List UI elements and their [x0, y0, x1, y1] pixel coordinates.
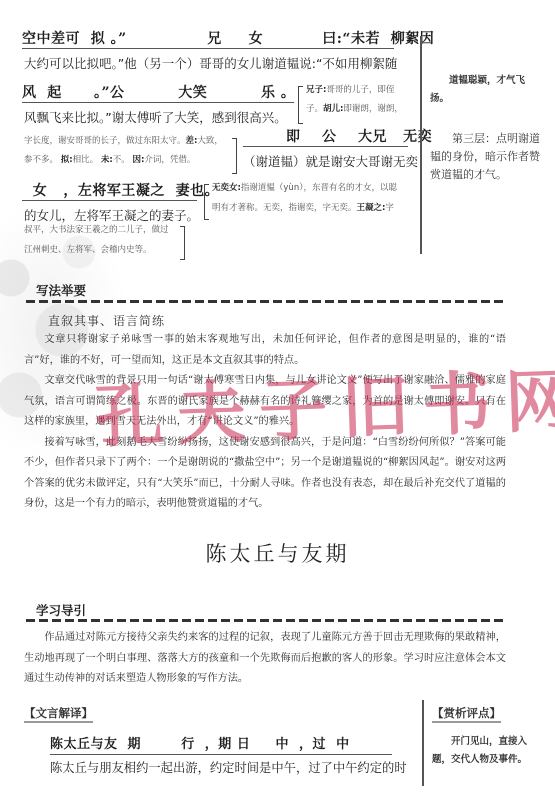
paragraph: 文章只将谢家子弟咏雪一事的始末客观地写出，未加任何评论，但作者的意图是明显的，谁… [24, 330, 506, 371]
dashed-divider [26, 619, 504, 622]
original-text-line-4: 女 ，左将军王凝之 妻也。 [22, 182, 197, 201]
note-bracket [232, 138, 237, 174]
note-text: 大致， [197, 136, 223, 146]
translation-line: 陈太丘与朋友相约一起出游，约定时间是中午，过了中午约定的时 [50, 759, 407, 777]
annotation-note: 江州刺史、左将军、会稽内史等。 [24, 242, 152, 258]
section-title-study-guide: 学习导引 [36, 601, 86, 619]
appreciation-tag: 【赏析评点】 [432, 705, 501, 723]
paragraph: 文章交代咏雪的背景只用一句话“谢太傅寒雪日内集，与儿女讲论文义”便写出了谢家融洽… [24, 371, 506, 433]
note-text: 相比。 [73, 155, 99, 165]
annotation-note: 无奕女:指谢道韫（yùn），东晋有名的才女，以聪 [212, 180, 397, 196]
writing-body: 文章只将谢家子弟咏雪一事的始末客观地写出，未加任何评论，但作者的意图是明显的，谁… [24, 330, 506, 515]
note-bracket [298, 86, 303, 124]
translation-line-3: （谢道韫）就是谢安大哥谢无奕 [243, 153, 418, 171]
note-term: 王凝之: [357, 203, 386, 213]
section-subtitle: 直叙其事、语言简练 [48, 312, 165, 329]
paragraph: 作品通过对陈元方接待父亲失约来客的过程的记叙，表现了儿童陈元方善于回击无理欺侮的… [24, 628, 506, 690]
annotation-note: 明有才著称。无奕，指谢奕，字无奕。王凝之:字 [212, 200, 394, 216]
original-text-line-1: 空中差可 拟 。” 兄 女 曰:“未若 柳絮因 [22, 30, 394, 49]
note-text: 字长度，谢安哥哥的长子，做过东阳太守。 [24, 136, 186, 146]
study-guide-body: 作品通过对陈元方接待父亲失约来客的过程的记叙，表现了儿童陈元方善于回击无理欺侮的… [24, 628, 506, 690]
chapter-title: 陈太丘与友期 [0, 538, 555, 568]
note-term: 兄子: [306, 85, 326, 95]
note-text: 指谢道韫（yùn），东晋有名的才女，以聪 [241, 183, 397, 193]
column-divider [422, 700, 424, 786]
translation-line-2: 风飘飞来比拟。”谢太傅听了大笑，感到很高兴。 [24, 109, 287, 127]
note-text: 字 [385, 203, 394, 213]
original-text-line-2: 风 起 。”公 大笑 乐 。 [22, 84, 294, 103]
note-term: 无奕女: [212, 183, 241, 193]
note-term: 差: [186, 136, 198, 146]
note-term: 胡儿: [323, 104, 343, 114]
note-term: 未: [101, 155, 113, 165]
annotation-note: 字长度，谢安哥哥的长子，做过东阳太守。差:大致， [24, 133, 223, 149]
original-text-line-3: 即 公 大兄 无奕 [243, 128, 408, 147]
column-divider [420, 36, 422, 254]
note-text: 介词，凭借。 [144, 155, 195, 165]
note-term: 拟: [61, 155, 73, 165]
section-title-writing: 写法举要 [36, 281, 86, 299]
classical-translation-tag: 【文言解译】 [24, 705, 93, 723]
note-term: 因: [132, 155, 144, 165]
annotation-note: 参不多。 拟:相比。 未:不。 因:介词，凭借。 [24, 152, 195, 168]
dashed-divider [26, 300, 504, 303]
translation-line-1: 大约可以比拟吧。”他（另一个）哥哥的女儿谢道韫说:“不如用柳絮随 [24, 55, 397, 73]
appreciation-comment: 开门见山，直接入题，交代人物及事件。 [432, 733, 542, 769]
annotation-note: 子。胡儿:即谢朗，谢朗， [306, 101, 403, 117]
side-comment: 第三层：点明谢道韫的身份，暗示作者赞赏道韫的才气。 [430, 130, 542, 184]
note-bracket [180, 226, 185, 260]
paragraph: 接着写咏雪，此刻鹅毛大雪纷纷扬扬，这使谢安感到很高兴，于是问道：“白雪纷纷何所似… [24, 433, 506, 515]
note-text: 不。 [113, 155, 130, 165]
annotation-note: 兄子:哥哥的儿子，即侄 [306, 82, 394, 98]
note-text: 哥哥的儿子，即侄 [326, 85, 394, 95]
note-text: 即谢朗，谢朗， [343, 104, 403, 114]
note-text: 子。 [306, 104, 323, 114]
original-text-line: 陈太丘与友 期 行 ，期 日 中 ，过 中 [50, 736, 392, 755]
side-comment: 道韫聪颖，才气飞扬。 [430, 72, 542, 108]
annotation-note: 叔平，大书法家王羲之的二儿子，做过 [24, 222, 169, 238]
note-bracket [204, 184, 209, 220]
note-text: 明有才著称。无奕，指谢奕，字无奕。 [212, 203, 357, 213]
note-text: 参不多。 [24, 155, 58, 165]
